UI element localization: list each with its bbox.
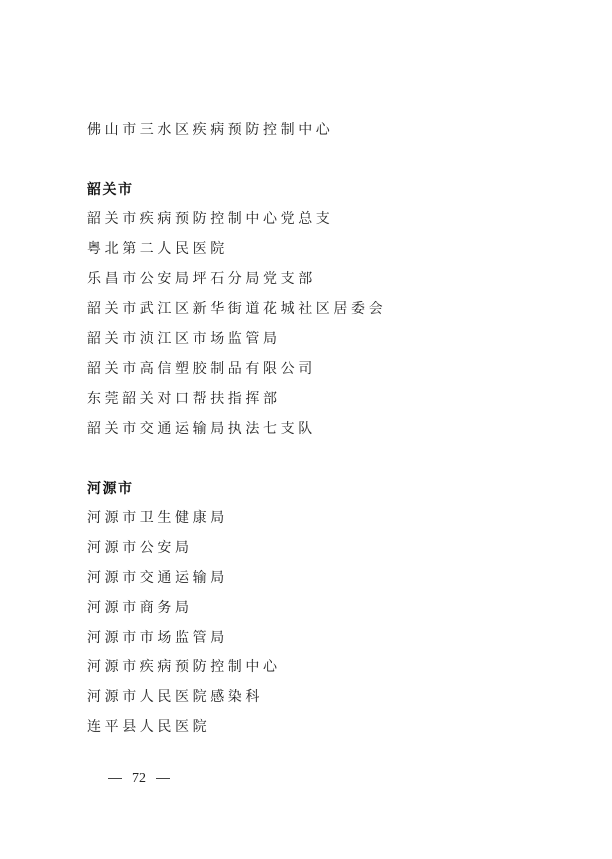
list-item: 河源市市场监管局	[87, 629, 228, 647]
list-item: 韶关市疾病预防控制中心党总支	[87, 210, 333, 228]
list-item: 乐昌市公安局坪石分局党支部	[87, 270, 316, 288]
dash-right	[156, 778, 170, 779]
list-item: 河源市交通运输局	[87, 569, 228, 587]
list-item: 河源市人民医院感染科	[87, 688, 263, 706]
list-item: 河源市疾病预防控制中心	[87, 658, 281, 676]
list-item: 韶关市交通运输局执法七支队	[87, 420, 316, 438]
list-item: 东莞韶关对口帮扶指挥部	[87, 390, 281, 408]
section-heading-shaoguan: 韶关市	[87, 181, 134, 199]
page-number-value: 72	[132, 771, 146, 786]
list-item: 粤北第二人民医院	[87, 240, 228, 258]
page-number: 72	[98, 770, 180, 788]
list-item: 河源市公安局	[87, 539, 193, 557]
list-item: 佛山市三水区疾病预防控制中心	[87, 121, 333, 139]
dash-left	[108, 778, 122, 779]
list-item: 韶关市武江区新华街道花城社区居委会	[87, 300, 386, 318]
list-item: 韶关市高信塑胶制品有限公司	[87, 360, 316, 378]
list-item: 韶关市浈江区市场监管局	[87, 330, 281, 348]
list-item: 连平县人民医院	[87, 718, 210, 736]
section-heading-heyuan: 河源市	[87, 480, 134, 498]
list-item: 河源市商务局	[87, 599, 193, 617]
list-item: 河源市卫生健康局	[87, 509, 228, 527]
document-page: 佛山市三水区疾病预防控制中心 韶关市 韶关市疾病预防控制中心党总支 粤北第二人民…	[0, 0, 612, 859]
